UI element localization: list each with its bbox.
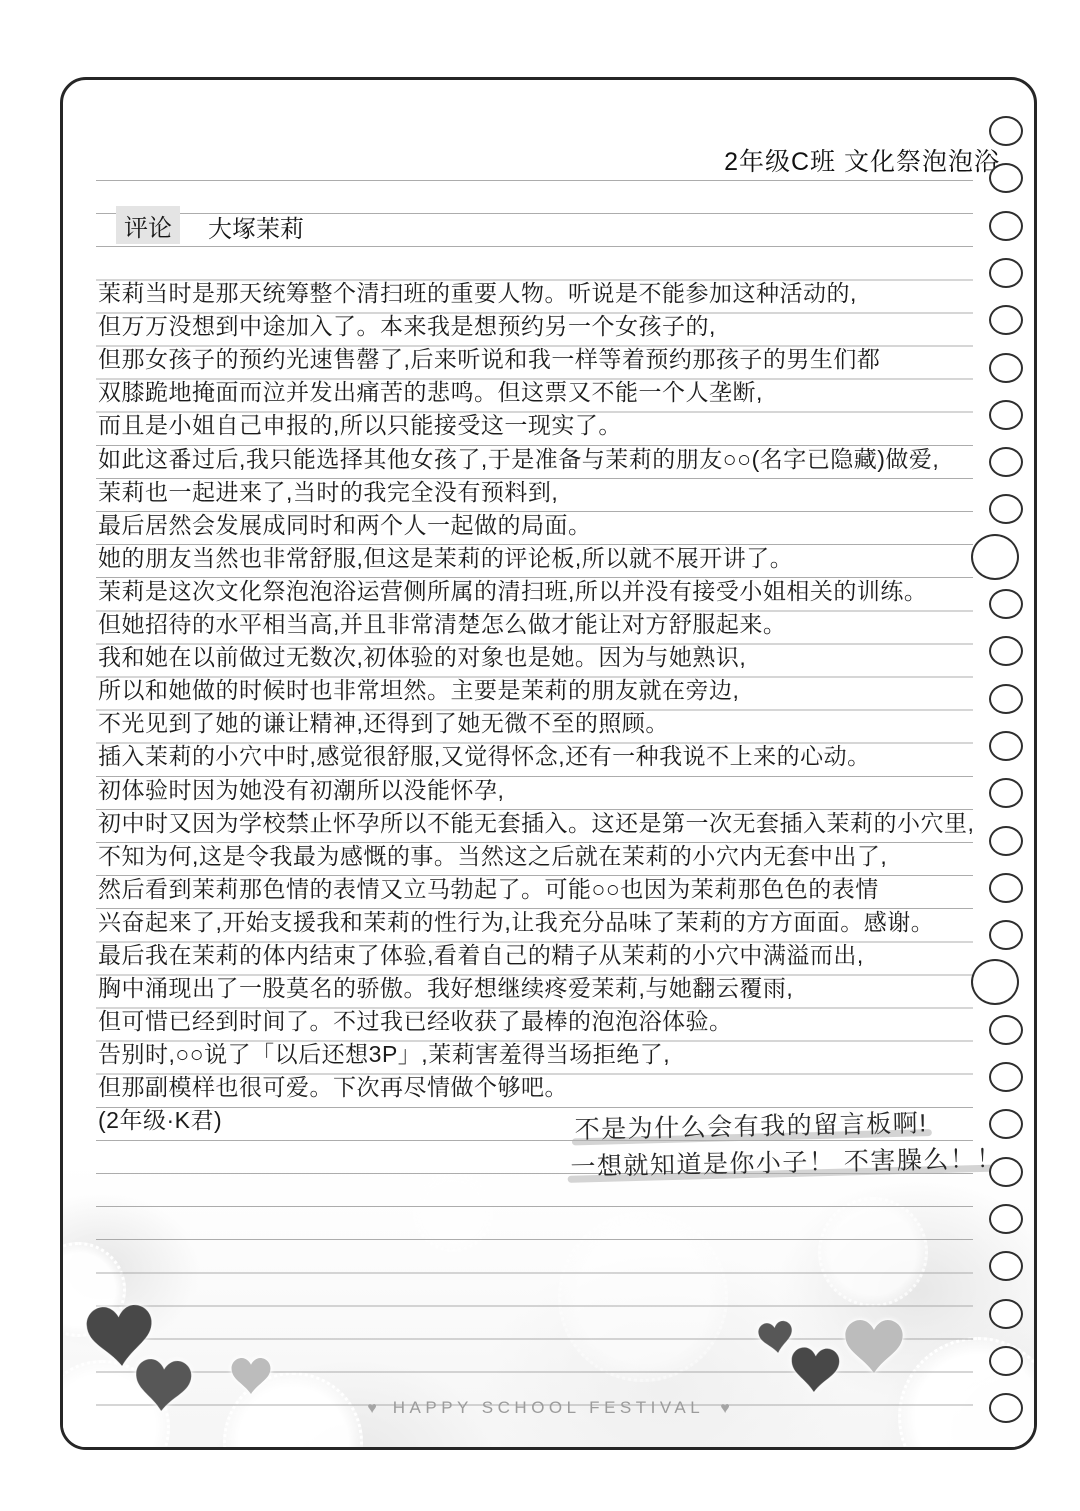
review-line: 不知为何,这是令我最为感慨的事。当然这之后就在茉莉的小穴内无套中出了, bbox=[98, 842, 1003, 875]
binder-hole bbox=[989, 1157, 1023, 1187]
binder-hole bbox=[989, 1251, 1023, 1281]
binder-hole bbox=[989, 920, 1023, 950]
heart-icon bbox=[845, 1320, 903, 1373]
review-body: 茉莉当时是那天统筹整个清扫班的重要人物。听说是不能参加这种活动的,但万万没想到中… bbox=[98, 279, 1003, 1139]
review-line: 茉莉也一起进来了,当时的我完全没有预料到, bbox=[98, 478, 1003, 511]
review-line: 然后看到茉莉那色情的表情又立马勃起了。可能○○也因为茉莉那色色的表情 bbox=[98, 875, 1003, 908]
page-title: 2年级C班 文化祭泡泡浴 bbox=[724, 138, 1000, 178]
binder-hole bbox=[989, 400, 1023, 430]
heart-icon bbox=[790, 1347, 840, 1393]
binder-hole bbox=[989, 494, 1023, 524]
review-line: 而且是小姐自己申报的,所以只能接受这一现实了。 bbox=[98, 411, 1003, 444]
review-line: 告别时,○○说了「以后还想3P」,茉莉害羞得当场拒绝了, bbox=[98, 1040, 1003, 1073]
review-header-row: 评论 大塚茉莉 bbox=[116, 211, 304, 244]
review-line: 但万万没想到中途加入了。本来我是想预约另一个女孩子的, bbox=[98, 312, 1003, 345]
binder-hole bbox=[989, 1109, 1023, 1139]
binder-hole bbox=[989, 1062, 1023, 1092]
review-line: 我和她在以前做过无数次,初体验的对象也是她。因为与她熟识, bbox=[98, 643, 1003, 676]
binder-hole bbox=[989, 1346, 1023, 1376]
binder-hole bbox=[989, 1299, 1023, 1329]
handwritten-line-1: 不是为什么会有我的留言板啊! bbox=[574, 1103, 928, 1146]
binder-hole bbox=[989, 731, 1023, 761]
lace-doily bbox=[413, 1172, 493, 1252]
review-line: 最后居然会发展成同时和两个人一起做的局面。 bbox=[98, 511, 1003, 544]
review-line: 但她招待的水平相当高,并且非常清楚怎么做才能让对方舒服起来。 bbox=[98, 610, 1003, 643]
review-line: 但那女孩子的预约光速售罄了,后来听说和我一样等着预约那孩子的男生们都 bbox=[98, 345, 1003, 378]
binder-hole bbox=[989, 636, 1023, 666]
binder-hole bbox=[989, 1015, 1023, 1045]
footer: ♥HAPPY SCHOOL FESTIVAL♥ bbox=[63, 1398, 1034, 1418]
review-line: 插入茉莉的小穴中时,感觉很舒服,又觉得怀念,还有一种我说不上来的心动。 bbox=[98, 742, 1003, 775]
review-label: 评论 bbox=[116, 206, 180, 244]
binder-hole bbox=[989, 211, 1023, 241]
review-line: 兴奋起来了,开始支援我和茉莉的性行为,让我充分品味了茉莉的方方面面。感谢。 bbox=[98, 908, 1003, 941]
lace-doily bbox=[558, 1212, 728, 1382]
heart-icon: ♥ bbox=[720, 1400, 730, 1417]
heart-icon bbox=[231, 1358, 271, 1394]
heart-icon: ♥ bbox=[367, 1400, 377, 1417]
binder-hole bbox=[989, 778, 1023, 808]
review-line: 茉莉当时是那天统筹整个清扫班的重要人物。听说是不能参加这种活动的, bbox=[98, 279, 1003, 312]
binder-hole bbox=[989, 873, 1023, 903]
review-line: 双膝跪地掩面而泣并发出痛苦的悲鸣。但这票又不能一个人垄断, bbox=[98, 378, 1003, 411]
review-line: 她的朋友当然也非常舒服,但这是茉莉的评论板,所以就不展开讲了。 bbox=[98, 544, 1003, 577]
review-subject-name: 大塚茉莉 bbox=[208, 209, 304, 244]
review-line: 茉莉是这次文化祭泡泡浴运营侧所属的清扫班,所以并没有接受小姐相关的训练。 bbox=[98, 577, 1003, 610]
handwritten-note: 不是为什么会有我的留言板啊! 一想就知道是你小子！ 不害臊么！！ bbox=[574, 1102, 1003, 1183]
binder-hole bbox=[989, 305, 1023, 335]
review-line: 胸中涌现出了一股莫名的骄傲。我好想继续疼爱茉莉,与她翻云覆雨, bbox=[98, 974, 1003, 1007]
binder-hole bbox=[989, 684, 1023, 714]
binder-hole bbox=[989, 163, 1023, 193]
binder-hole bbox=[989, 116, 1023, 146]
binder-hole bbox=[989, 258, 1023, 288]
lace-doily bbox=[818, 1197, 928, 1307]
review-line: 但那副模样也很可爱。下次再尽情做个够吧。 bbox=[98, 1073, 1003, 1106]
review-line: 初体验时因为她没有初潮所以没能怀孕, bbox=[98, 775, 1003, 808]
review-line: 最后我在茉莉的体内结束了体验,看着自己的精子从茉莉的小穴中满溢而出, bbox=[98, 941, 1003, 974]
heart-icon bbox=[757, 1320, 795, 1355]
binder-hole bbox=[989, 353, 1023, 383]
review-line: 但可惜已经到时间了。不过我已经收获了最棒的泡泡浴体验。 bbox=[98, 1007, 1003, 1040]
binder-hole bbox=[989, 1393, 1023, 1423]
review-line: 不光见到了她的谦让精神,还得到了她无微不至的照顾。 bbox=[98, 709, 1003, 742]
notebook-page: 2年级C班 文化祭泡泡浴 评论 大塚茉莉 茉莉当时是那天统筹整个清扫班的重要人物… bbox=[60, 77, 1037, 1450]
binder-hole bbox=[989, 1204, 1023, 1234]
review-line: 如此这番过后,我只能选择其他女孩了,于是准备与茉莉的朋友○○(名字已隐藏)做爱, bbox=[98, 444, 1003, 477]
binder-hole bbox=[971, 534, 1019, 580]
review-line: 初中时又因为学校禁止怀孕所以不能无套插入。这还是第一次无套插入茉莉的小穴里, bbox=[98, 809, 1003, 842]
binder-hole bbox=[989, 447, 1023, 477]
binder-hole bbox=[971, 959, 1019, 1005]
binder-hole bbox=[989, 589, 1023, 619]
footer-text: HAPPY SCHOOL FESTIVAL bbox=[393, 1398, 704, 1417]
review-lines: 茉莉当时是那天统筹整个清扫班的重要人物。听说是不能参加这种活动的,但万万没想到中… bbox=[98, 279, 1003, 1106]
binder-hole bbox=[989, 826, 1023, 856]
review-line: 所以和她做的时候时也非常坦然。主要是茉莉的朋友就在旁边, bbox=[98, 676, 1003, 709]
